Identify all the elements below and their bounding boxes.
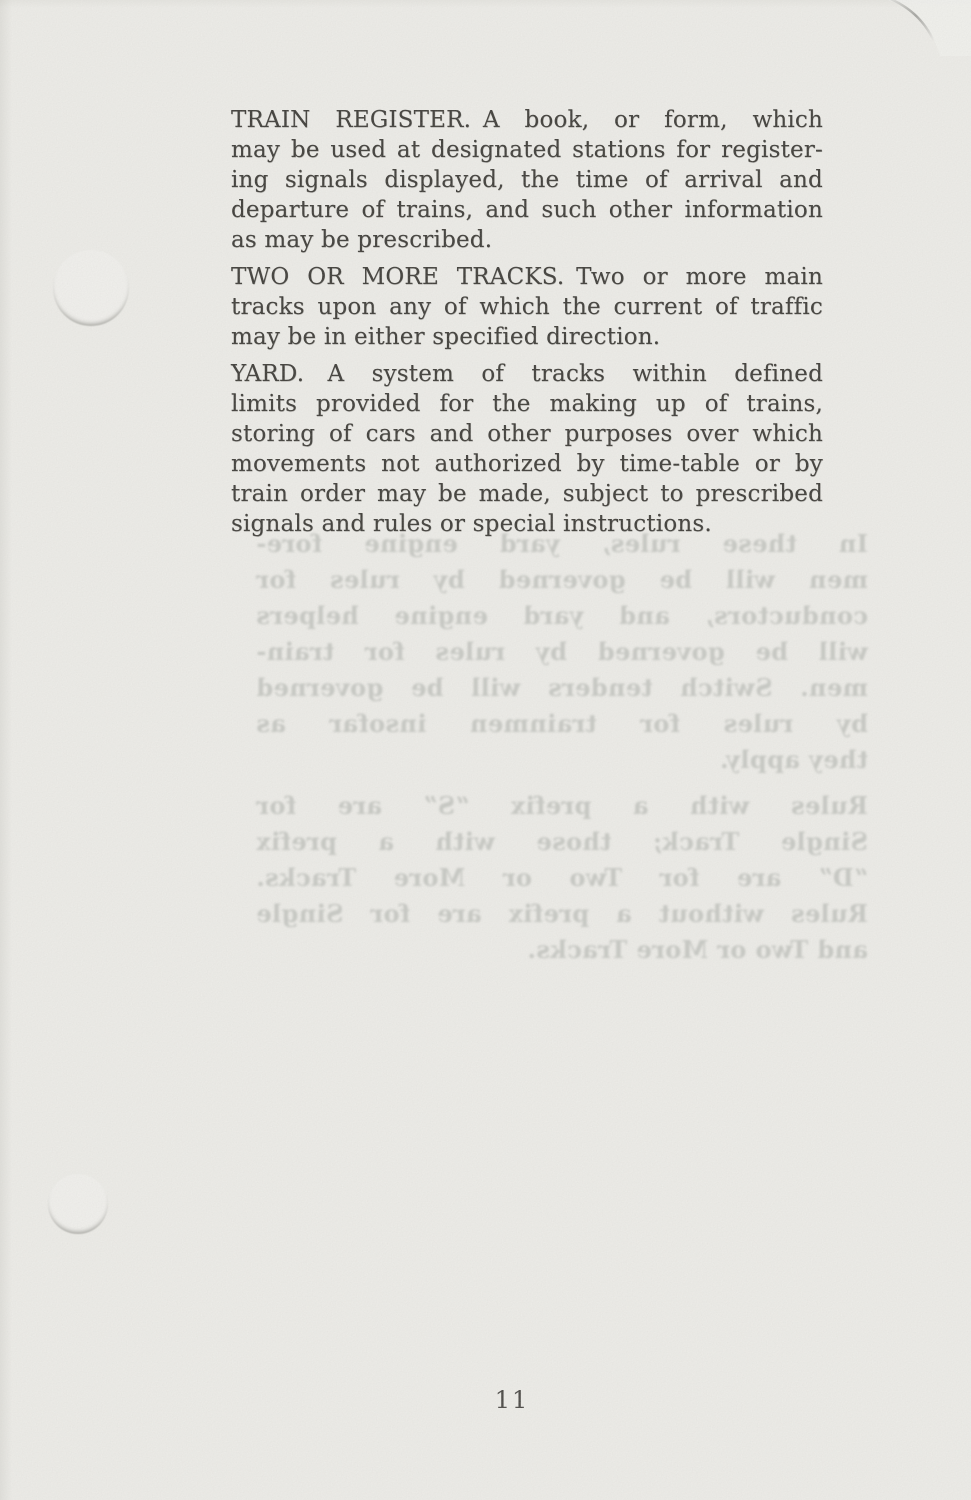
scanned-rulebook-page: TRAIN REGISTER. A book, or form, which m… [0,0,971,1500]
bleed-through-text: In these rules, yard engine fore- men wi… [256,526,868,968]
bleed-through-paragraph: In these rules, yard engine fore- men wi… [256,526,868,778]
page-number: 11 [216,1386,808,1414]
bleed-through-line: men will be governed by rules for [256,562,868,598]
definition-line: movements not authorized by time-table o… [231,449,823,479]
bleed-through-line: will be governed by rules for train- [256,634,868,670]
definitions-text-block: TRAIN REGISTER. A book, or form, which m… [231,105,823,539]
definition-yard: YARD. A system of tracks within defined … [231,359,823,539]
bleed-through-paragraph: Rules with a prefix “S” are for Single T… [256,788,868,968]
bleed-through-line: Rules with a prefix “S” are for [256,788,868,824]
punch-hole-shadow-bottom [48,1174,108,1234]
bleed-through-line: and Two or More Tracks. [256,932,868,968]
definition-line: TWO OR MORE TRACKS. Two or more main [231,262,823,292]
definition-line: as may be prescribed. [231,225,823,255]
page-corner-curl-icon [881,0,971,70]
punch-hole-shadow-top [53,250,129,326]
bleed-through-line: “D” are for Two or More Tracks. [256,860,868,896]
definition-line: train order may be made, subject to pres… [231,479,823,509]
definition-line: storing of cars and other purposes over … [231,419,823,449]
bleed-through-line: Single Track; those with a prefix [256,824,868,860]
bleed-through-line: In these rules, yard engine fore- [256,526,868,562]
bleed-through-line: by rules for trainmen insofar as [256,706,868,742]
bleed-through-line: Rules without a prefix are for Single [256,896,868,932]
definition-line: tracks upon any of which the current of … [231,292,823,322]
bleed-through-line: conductors, and yard engine helpers [256,598,868,634]
definition-line: may be in either specified direction. [231,322,823,352]
bleed-through-line: men. Switch tenders will be governed [256,670,868,706]
definition-train-register: TRAIN REGISTER. A book, or form, which m… [231,105,823,255]
definition-line: TRAIN REGISTER. A book, or form, which [231,105,823,135]
definition-line: limits provided for the making up of tra… [231,389,823,419]
definition-line: ing signals displayed, the time of arriv… [231,165,823,195]
definition-line: YARD. A system of tracks within defined [231,359,823,389]
definition-line: departure of trains, and such other info… [231,195,823,225]
definition-line: may be used at designated stations for r… [231,135,823,165]
bleed-through-line: they apply. [256,742,868,778]
definition-two-or-more-tracks: TWO OR MORE TRACKS. Two or more main tra… [231,262,823,352]
